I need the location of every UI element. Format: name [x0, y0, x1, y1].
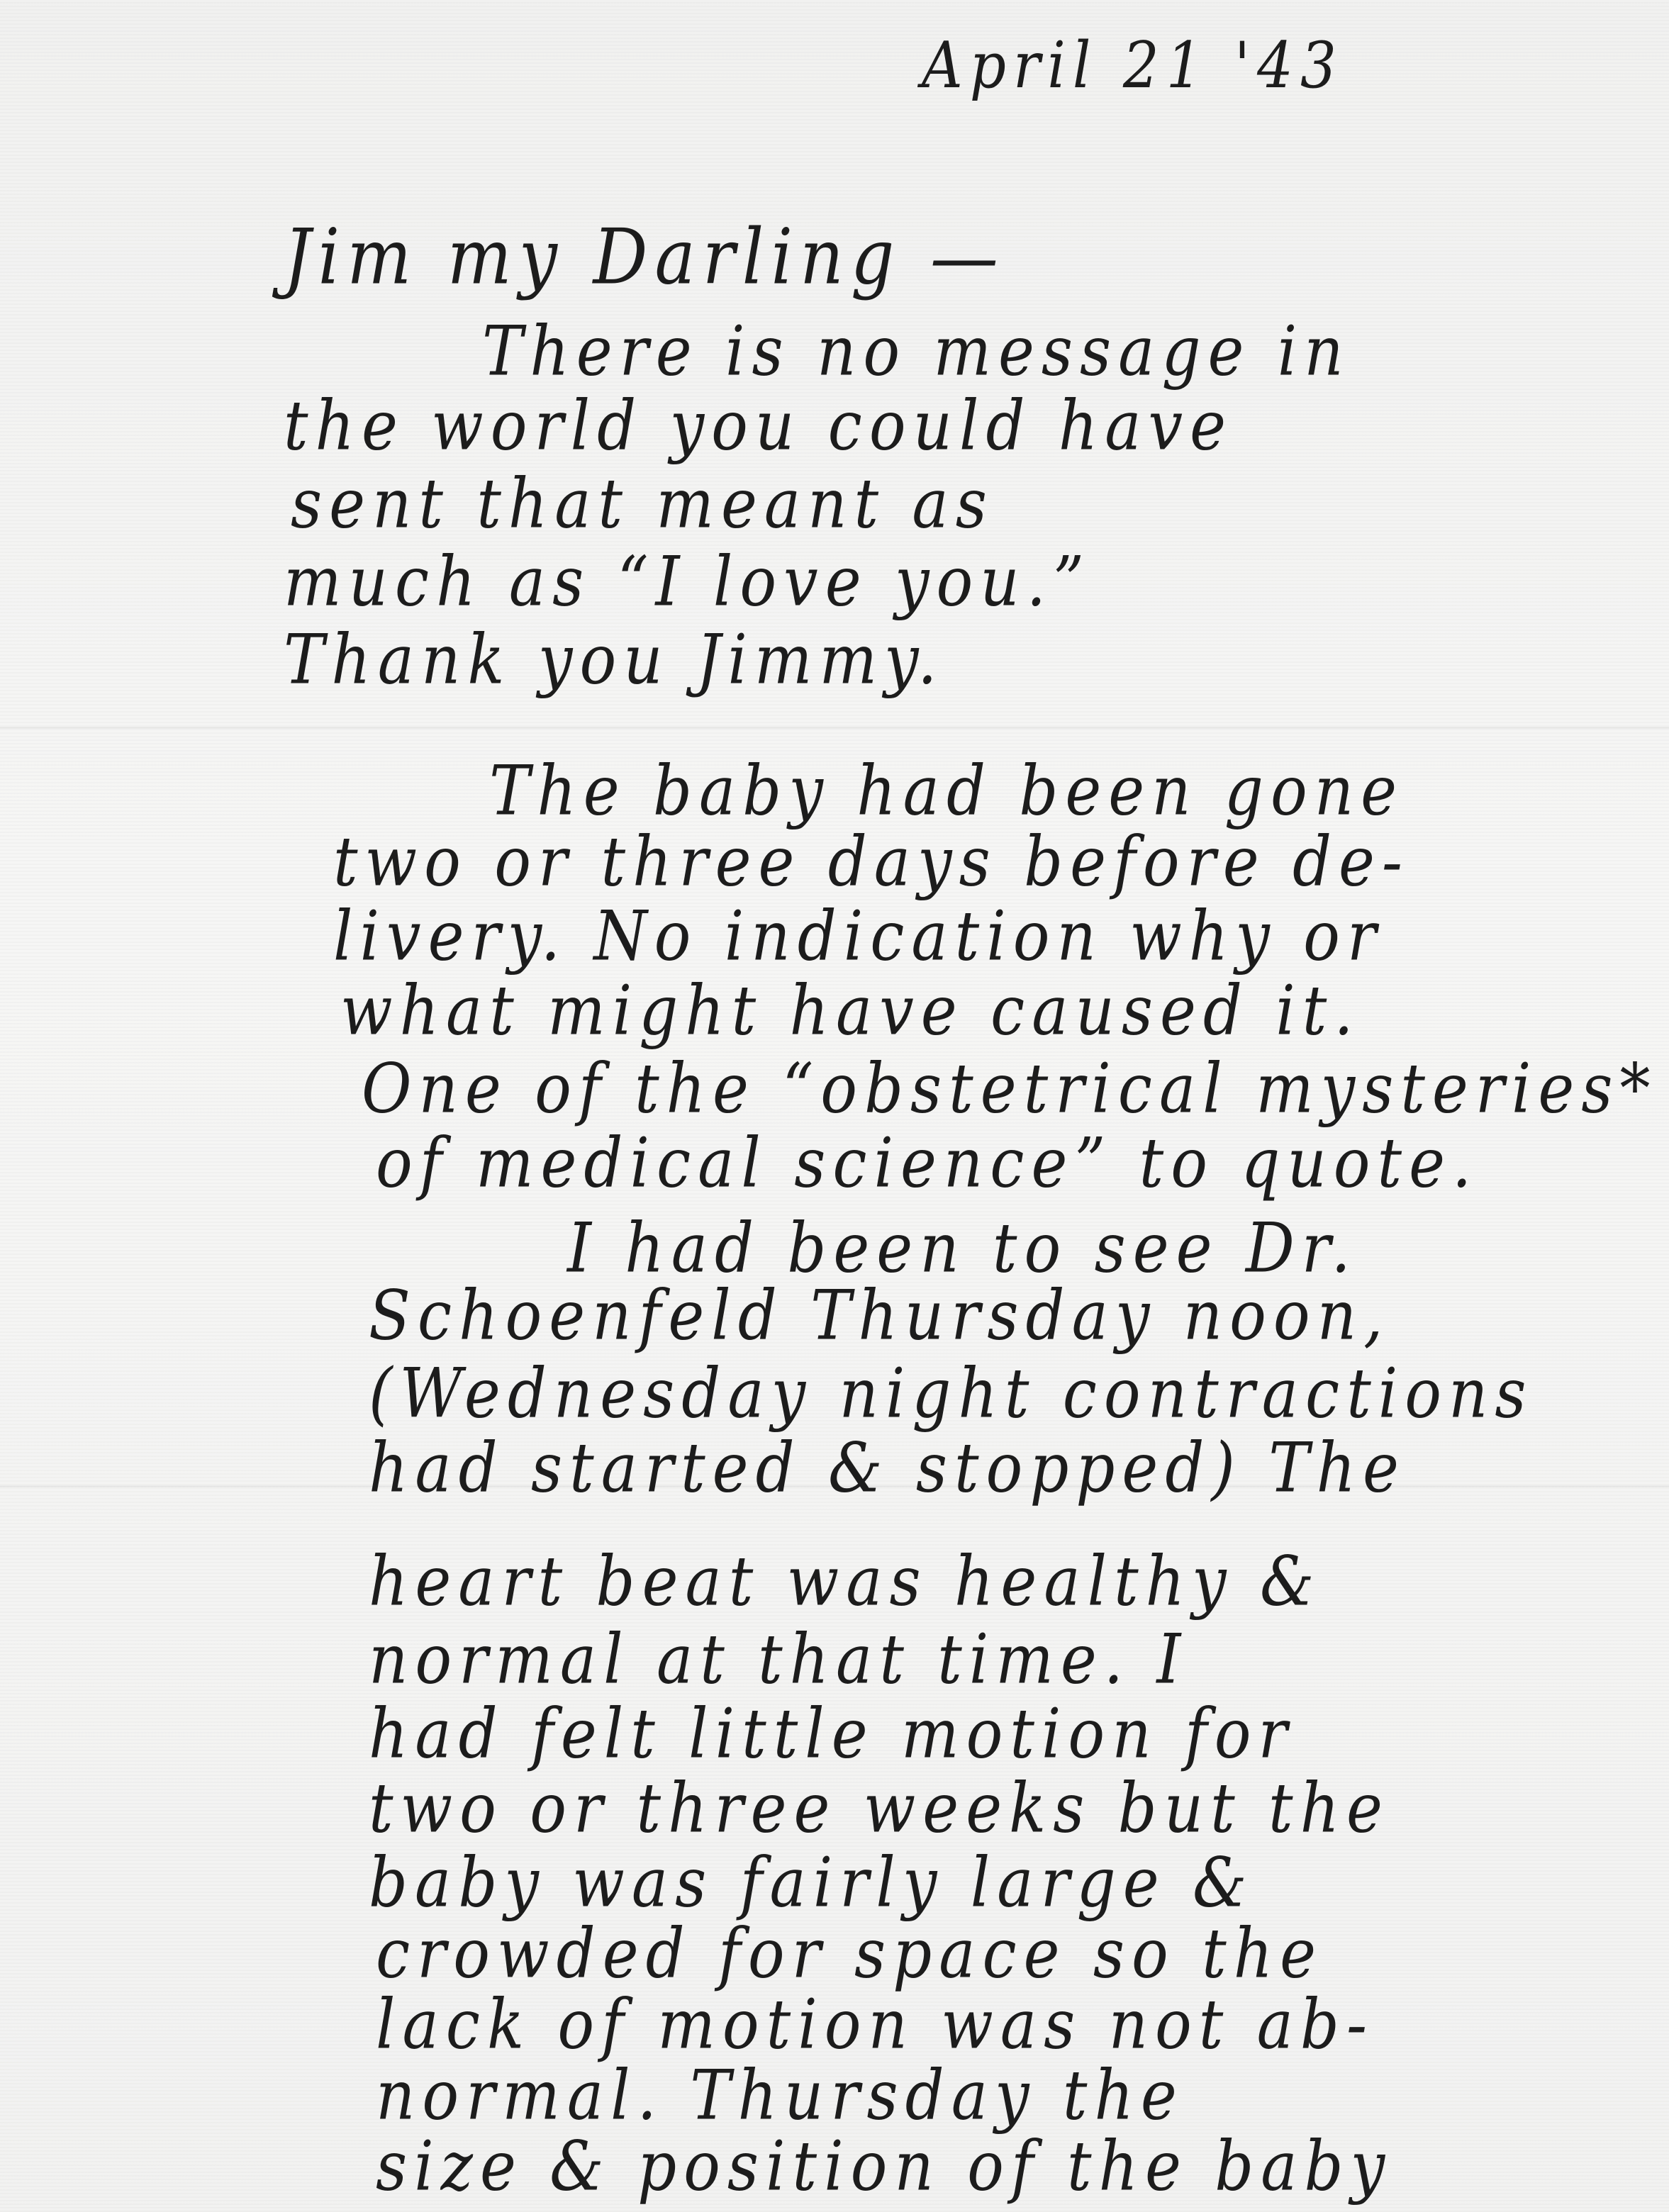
letter-line: had started & stopped) The [369, 1429, 1406, 1508]
letter-line: had felt little motion for [369, 1694, 1295, 1774]
letter-line: The baby had been gone [489, 752, 1404, 831]
letter-line: much as “I love you.” [284, 542, 1091, 622]
letter-line: lack of motion was not ab- [376, 1985, 1374, 2065]
letter-line: baby was fairly large & [369, 1843, 1254, 1923]
letter-line: There is no message in [482, 312, 1351, 391]
letter-line: Schoenfeld Thursday noon, [369, 1276, 1390, 1356]
letter-line: normal at that time. I [369, 1620, 1188, 1699]
letter-line: two or three weeks but the [369, 1769, 1390, 1848]
letter-date: April 21 '43 [922, 28, 1344, 102]
letter-line: One of the “obstetrical mysteries* [362, 1049, 1657, 1129]
paper-fold-line [0, 727, 1669, 729]
letter-line: two or three days before de- [333, 822, 1410, 902]
letter-page: April 21 '43 Jim my Darling — There is n… [0, 0, 1669, 2212]
letter-line: normal. Thursday the [376, 2056, 1184, 2135]
letter-salutation: Jim my Darling — [284, 213, 1005, 301]
letter-line: heart beat was healthy & [369, 1542, 1322, 1621]
letter-line: what might have caused it. [340, 971, 1361, 1051]
letter-line: (Wednesday night contractions [369, 1354, 1534, 1434]
letter-line: size & position of the baby [376, 2127, 1392, 2206]
letter-line: the world you could have [284, 386, 1233, 466]
letter-line: Thank you Jimmy. [284, 620, 944, 700]
letter-line: livery. No indication why or [333, 897, 1383, 976]
letter-line: of medical science” to quote. [376, 1124, 1478, 1203]
letter-line: sent that meant as [291, 464, 994, 544]
letter-line: crowded for space so the [376, 1914, 1323, 1994]
